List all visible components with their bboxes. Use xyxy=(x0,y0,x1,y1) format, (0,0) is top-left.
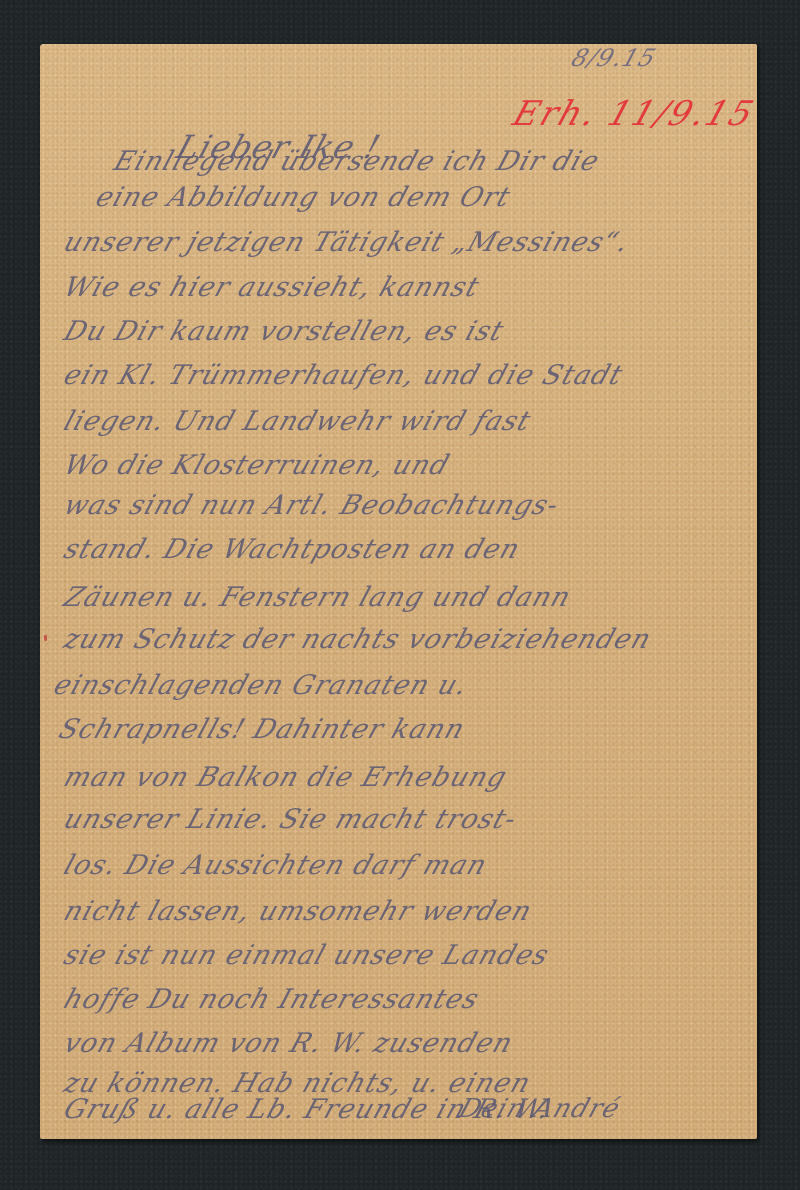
body-line-17: los. Die Aussichten darf man xyxy=(60,850,491,881)
body-line-9: was sind nun Artl. Beobachtungs- xyxy=(60,490,563,521)
body-line-13: einschlagenden Granaten u. xyxy=(50,670,472,701)
body-line-14: Schrapnells! Dahinter kann xyxy=(55,714,469,745)
body-line-10: stand. Die Wachtposten an den xyxy=(60,534,524,565)
received-note: Erh. 11/9.15 xyxy=(508,94,760,134)
body-line-19: sie ist nun einmal unsere Landes xyxy=(60,940,553,971)
body-line-1: Einliegend übersende ich Dir die xyxy=(110,146,604,177)
body-line-21: von Album von R. W. zusenden xyxy=(60,1028,517,1059)
body-line-11: Zäunen u. Fenstern lang und dann xyxy=(60,582,575,613)
body-line-15: man von Balkon die Erhebung xyxy=(60,762,511,793)
body-line-2: eine Abbildung von dem Ort xyxy=(92,182,515,213)
signature: Dein André xyxy=(455,1094,624,1124)
date: 8/9.15 xyxy=(568,44,660,72)
body-line-3: unserer jetzigen Tätigkeit „Messines“. xyxy=(60,227,633,258)
body-line-18: nicht lassen, umsomehr werden xyxy=(60,896,536,927)
body-line-5: Du Dir kaum vorstellen, es ist xyxy=(60,316,508,347)
postcard: Lieber Ike ! 8/9.15 Erh. 11/9.15 Einlieg… xyxy=(40,44,757,1139)
body-line-4: Wie es hier aussieht, kannst xyxy=(60,272,484,303)
body-line-12: zum Schutz der nachts vorbeiziehenden xyxy=(60,624,656,655)
red-margin-mark xyxy=(44,635,47,641)
body-line-16: unserer Linie. Sie macht trost- xyxy=(60,804,521,835)
body-line-7: liegen. Und Landwehr wird fast xyxy=(60,406,535,437)
body-line-20: hoffe Du noch Interessantes xyxy=(60,984,483,1015)
body-line-8: Wo die Klosterruinen, und xyxy=(60,450,454,481)
body-line-6: ein Kl. Trümmerhaufen, und die Stadt xyxy=(60,360,627,391)
